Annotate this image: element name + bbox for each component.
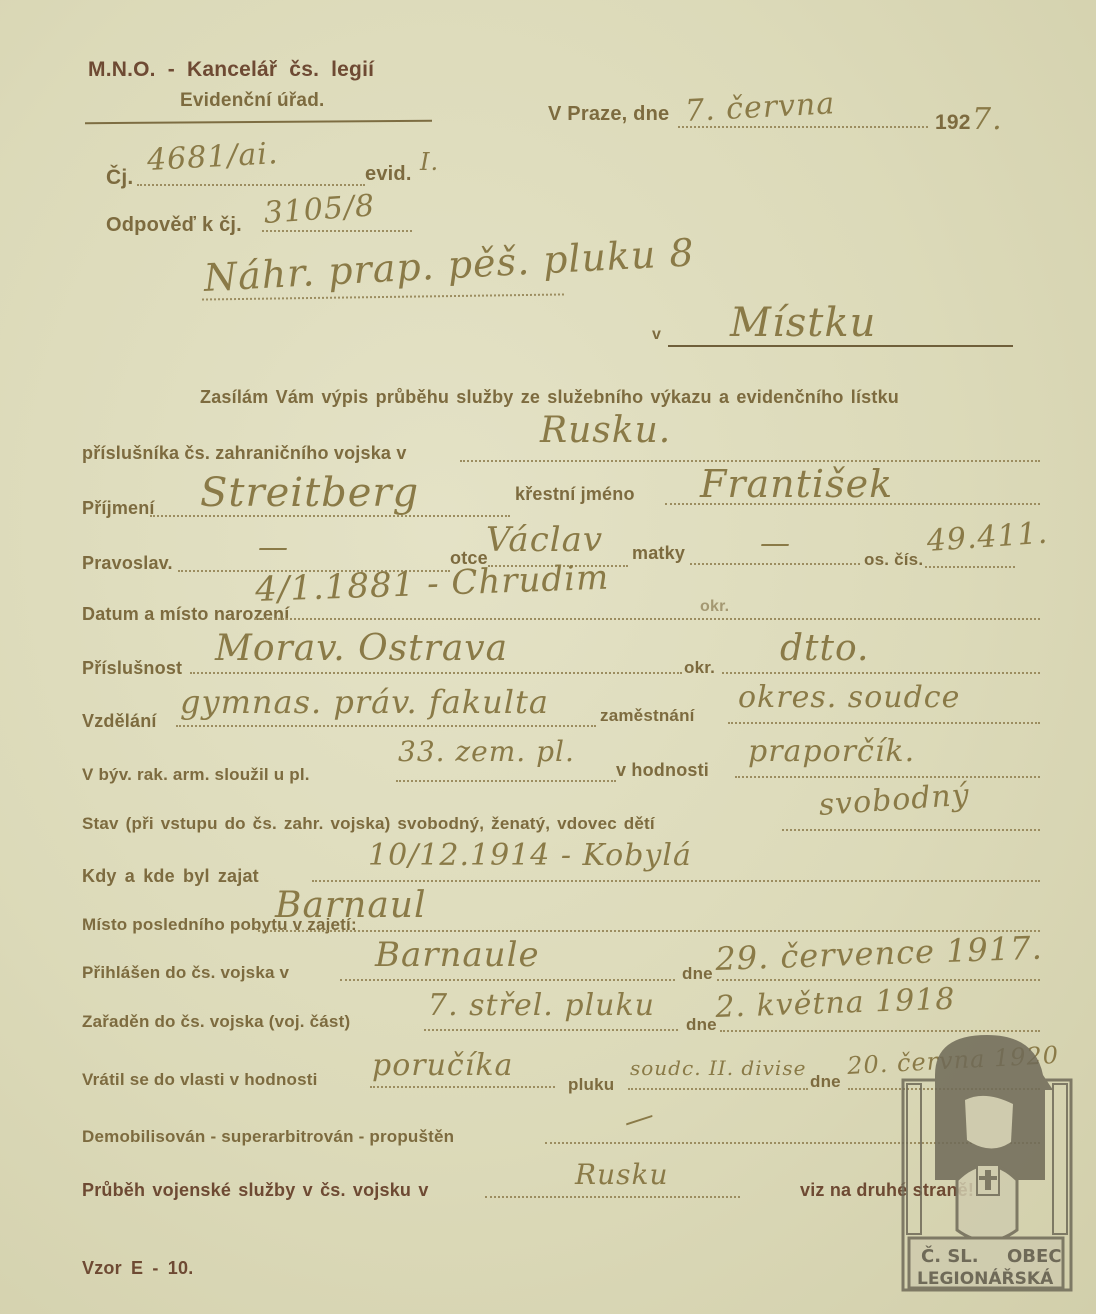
returned-regiment-value: soudc. II. divise — [630, 1056, 806, 1080]
domicile-label: Příslušnost — [82, 658, 182, 679]
marital-status-line — [782, 829, 1040, 831]
returned-regiment-label: pluku — [568, 1075, 614, 1095]
mother-line — [690, 563, 860, 565]
cj-value: 4681/ai. — [146, 136, 279, 178]
year-value: 7. — [972, 102, 1003, 137]
office-subtitle: Evidenční úřad. — [180, 90, 324, 112]
form-code: Vzor E - 10. — [82, 1258, 193, 1279]
assigned-date-label: dne — [686, 1015, 717, 1035]
addressee-place: Místku — [730, 300, 876, 346]
service-course-label: Průběh vojenské služby v čs. vojsku v — [82, 1180, 429, 1201]
birth-district-label: okr. — [700, 598, 729, 616]
enlisted-date-line — [717, 979, 1040, 981]
education-line — [176, 725, 596, 727]
addressee-unit: Náhr. prap. pěš. pluku 8 — [203, 230, 696, 300]
father-value: Václav — [486, 520, 603, 560]
mother-value: — — [760, 526, 791, 561]
assigned-line — [424, 1029, 678, 1031]
answer-line — [262, 230, 412, 232]
cj-line — [137, 184, 365, 186]
evid-value: I. — [420, 148, 439, 176]
svg-text:OBEC: OBEC — [1007, 1246, 1062, 1267]
captured-line — [312, 880, 1040, 882]
enlisted-date-value: 29. července 1917. — [715, 929, 1044, 978]
document-page: M.N.O. - Kancelář čs. legií Evidenční úř… — [0, 0, 1096, 1314]
austrian-army-line — [396, 780, 616, 782]
occupation-value: okres. soudce — [738, 680, 960, 715]
austrian-army-label: V býv. rak. arm. sloužil u pl. — [82, 765, 310, 785]
captured-value: 10/12.1914 - Kobylá — [368, 838, 692, 873]
domicile-district-label: okr. — [684, 658, 715, 678]
date-value: 7. června — [684, 86, 836, 129]
svg-text:LEGIONÁŘSKÁ: LEGIONÁŘSKÁ — [917, 1267, 1054, 1289]
enlisted-label: Přihlášen do čs. vojska v — [82, 963, 289, 983]
religion-value: — — [258, 530, 289, 565]
answer-value: 3105/8 — [263, 188, 377, 231]
surname-value: Streitberg — [200, 470, 419, 516]
year-prefix: 192 — [935, 111, 971, 135]
occupation-label: zaměstnání — [600, 706, 695, 726]
birth-line — [255, 618, 1040, 620]
returned-date-label: dne — [810, 1072, 841, 1092]
personal-number-value: 49.411. — [926, 516, 1050, 559]
legion-emblem-watermark: Č. SL. OBEC LEGIONÁŘSKÁ — [895, 1030, 1077, 1300]
member-value: Rusku. — [540, 410, 671, 451]
surname-label: Příjmení — [82, 498, 155, 519]
rank-label: v hodnosti — [616, 760, 709, 781]
education-value: gymnas. práv. fakulta — [180, 683, 549, 721]
enlisted-date-label: dne — [682, 964, 713, 984]
office-title: M.N.O. - Kancelář čs. legií — [88, 58, 374, 82]
returned-label: Vrátil se do vlasti v hodnosti — [82, 1070, 318, 1090]
assigned-value: 7. střel. pluku — [428, 988, 655, 1023]
domicile-district-line — [722, 672, 1040, 674]
domicile-line — [190, 672, 682, 674]
mother-label: matky — [632, 543, 685, 564]
returned-value: poručíka — [372, 1048, 513, 1083]
occupation-line — [728, 722, 1040, 724]
austrian-army-value: 33. zem. pl. — [398, 735, 575, 768]
header-divider — [85, 120, 432, 124]
assigned-label: Zařaděn do čs. vojska (voj. část) — [82, 1012, 350, 1032]
service-course-line — [485, 1196, 740, 1198]
cj-label: Čj. — [106, 166, 133, 190]
captured-label: Kdy a kde byl zajat — [82, 866, 259, 887]
personal-number-line — [925, 566, 1015, 568]
last-place-line — [258, 930, 1040, 932]
marital-status-value: svobodný — [818, 778, 971, 823]
religion-label: Pravoslav. — [82, 553, 173, 574]
domicile-value: Morav. Ostrava — [215, 628, 508, 669]
rank-line — [735, 776, 1040, 778]
returned-line — [370, 1086, 555, 1088]
addressee-in-label: v — [652, 326, 661, 344]
marital-status-label: Stav (při vstupu do čs. zahr. vojska) sv… — [82, 814, 655, 834]
member-label: příslušníka čs. zahraničního vojska v — [82, 443, 407, 464]
assigned-date-value: 2. května 1918 — [715, 982, 956, 1025]
svg-text:Č. SL.: Č. SL. — [921, 1245, 979, 1267]
rank-value: praporčík. — [748, 734, 915, 769]
education-label: Vzdělání — [82, 711, 157, 732]
given-name-label: křestní jméno — [515, 484, 635, 505]
returned-regiment-line — [628, 1088, 808, 1090]
answer-label: Odpověď k čj. — [106, 214, 242, 237]
last-place-value: Barnaul — [275, 885, 426, 926]
evid-label: evid. — [365, 163, 412, 186]
soldier-emblem-icon: Č. SL. OBEC LEGIONÁŘSKÁ — [895, 1030, 1077, 1300]
intro-text: Zasílám Vám výpis průběhu služby ze služ… — [200, 387, 899, 408]
demobilised-label: Demobilisován - superarbitrován - propuš… — [82, 1127, 454, 1147]
domicile-district-value: dtto. — [780, 628, 869, 669]
enlisted-value: Barnaule — [375, 935, 540, 975]
birth-value: 4/1.1881 - Chrudim — [255, 558, 610, 610]
given-name-value: František — [700, 462, 893, 506]
enlisted-line — [340, 979, 675, 981]
service-course-value: Rusku — [575, 1158, 668, 1191]
personal-number-label: os. čís. — [864, 550, 923, 570]
place-date-label: V Praze, dne — [548, 103, 669, 126]
demobilised-value: — — [619, 1097, 659, 1140]
